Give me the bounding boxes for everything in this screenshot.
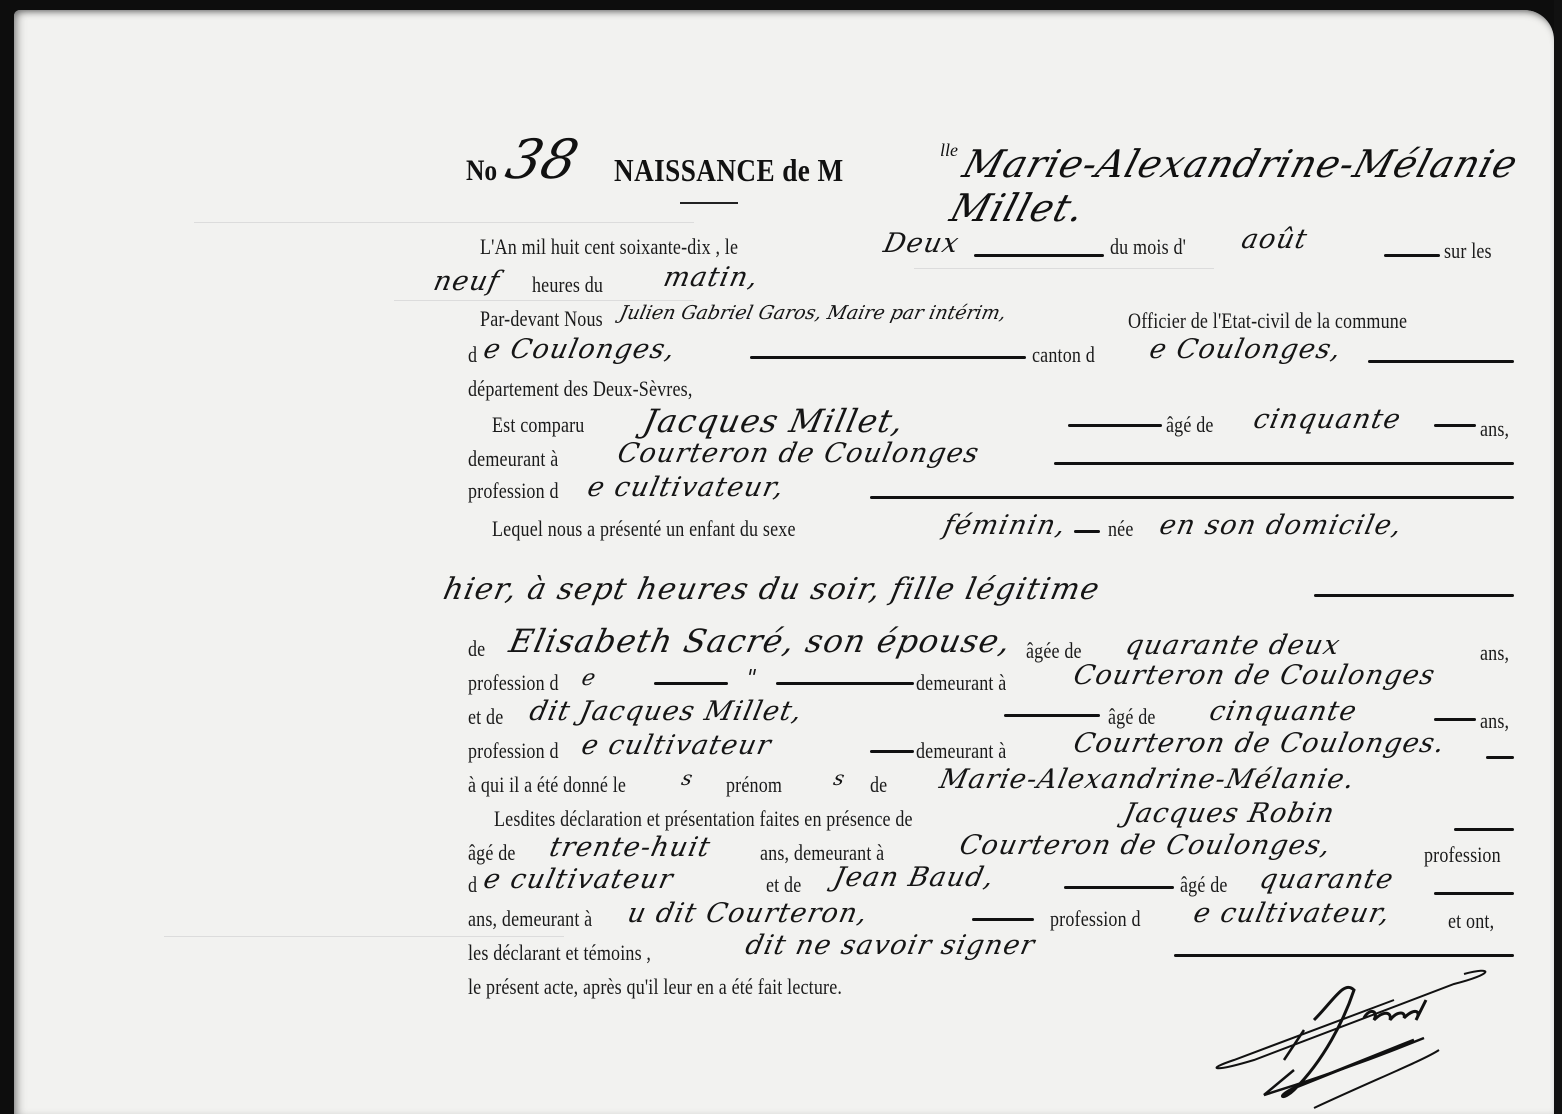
handwritten-witness-1-profession: e cultivateur <box>481 864 677 895</box>
fill-rule <box>1384 254 1440 257</box>
handwritten-plural-s: s <box>679 766 696 790</box>
fill-rule <box>1054 462 1514 465</box>
printed-text: heures du <box>532 272 603 298</box>
scan-border <box>1554 0 1562 1114</box>
handwritten-witness-2-profession: e cultivateur, <box>1191 898 1394 929</box>
printed-text: demeurant à <box>916 738 1006 764</box>
handwritten-officer: Julien Gabriel Garos, Maire par intérim, <box>618 302 1009 324</box>
handwritten-father-residence: Courteron de Coulonges. <box>1071 728 1448 759</box>
handwritten-witness-1: Jacques Robin <box>1121 798 1338 829</box>
printed-text: du mois d' <box>1110 234 1186 260</box>
printed-text: demeurant à <box>916 670 1006 696</box>
handwritten-mother-residence: Courteron de Coulonges <box>1071 660 1439 691</box>
handwritten-birth-time: hier, à sept heures du soir, fille légit… <box>440 572 1103 607</box>
handwritten-age: cinquante <box>1251 404 1405 435</box>
fill-rule <box>1454 828 1514 831</box>
fill-rule <box>1434 718 1476 721</box>
printed-text: ans, <box>1480 708 1509 734</box>
handwritten-sex: féminin, <box>941 510 1069 541</box>
printed-text: de <box>870 772 887 798</box>
fill-rule <box>1174 954 1514 957</box>
handwritten-mother: Elisabeth Sacré, son épouse, <box>506 622 1015 660</box>
printed-text: à qui il a été donné le <box>468 772 626 798</box>
printed-text: profession d <box>468 670 559 696</box>
printed-text: L'An mil huit cent soixante-dix , le <box>480 234 738 260</box>
printed-text: ans, <box>1480 416 1509 442</box>
handwritten-given-names: Marie-Alexandrine-Mélanie. <box>937 764 1358 795</box>
fill-rule <box>750 356 1026 359</box>
fill-rule <box>1074 530 1100 533</box>
handwritten-hour: neuf <box>431 266 503 297</box>
fill-rule <box>1434 892 1514 895</box>
handwritten-commune: e Coulonges, <box>481 334 679 365</box>
handwritten-witness-2: Jean Baud, <box>831 862 998 893</box>
printed-text: Lesdites déclaration et présentation fai… <box>494 806 913 832</box>
handwritten-mother-age: quarante deux <box>1123 630 1344 661</box>
printed-text: Par-devant Nous <box>480 306 603 332</box>
officer-signature-icon <box>1194 960 1524 1110</box>
printed-text: profession d <box>1050 906 1141 932</box>
bleed-through-line <box>164 936 564 937</box>
record-number-label: No <box>466 154 497 188</box>
printed-text: profession d <box>468 478 559 504</box>
fill-rule <box>870 750 914 753</box>
fill-rule <box>974 254 1104 257</box>
fill-rule <box>1004 714 1100 717</box>
handwritten-witness-1-residence: Courteron de Coulonges, <box>957 830 1334 861</box>
printed-text: Est comparu <box>492 412 584 438</box>
handwritten-witness-1-age: trente-huit <box>547 832 714 863</box>
printed-text: âgé de <box>1166 412 1214 438</box>
handwritten-signature-note: dit ne savoir signer <box>743 930 1039 961</box>
printed-text: les déclarant et témoins , <box>468 940 651 966</box>
handwritten-father-age: cinquante <box>1207 696 1361 727</box>
handwritten-witness-2-residence: u dit Courteron, <box>625 898 871 929</box>
handwritten-residence: Courteron de Coulonges <box>615 438 983 469</box>
title-superscript: lle <box>940 140 958 161</box>
fill-rule <box>1486 756 1514 759</box>
subject-name: Marie-Alexandrine-Mélanie Millet. <box>945 142 1562 230</box>
printed-text: âgé de <box>468 840 516 866</box>
handwritten-time-of-day: matin, <box>661 262 762 293</box>
printed-text: profession <box>1424 842 1501 868</box>
fill-rule <box>776 682 914 685</box>
printed-text: département des Deux-Sèvres, <box>468 376 693 402</box>
handwritten-father-profession: e cultivateur <box>579 730 775 761</box>
handwritten-birthplace: en son domicile, <box>1157 510 1406 541</box>
handwritten-profession: e cultivateur, <box>585 472 788 503</box>
printed-text: et de <box>766 872 801 898</box>
printed-text: ans, <box>1480 640 1509 666</box>
printed-text: née <box>1108 516 1134 542</box>
printed-text: demeurant à <box>468 446 558 472</box>
bleed-through-line <box>394 300 694 301</box>
printed-text: Lequel nous a présenté un enfant du sexe <box>492 516 796 542</box>
fill-rule <box>1068 424 1162 427</box>
printed-text: âgé de <box>1108 704 1156 730</box>
printed-text: le présent acte, après qu'il leur en a é… <box>468 974 842 1000</box>
printed-text: profession d <box>468 738 559 764</box>
printed-text: de <box>468 636 485 662</box>
handwritten-month: août <box>1239 224 1311 255</box>
fill-rule <box>654 682 728 685</box>
record-title: NAISSANCE de M <box>614 152 844 189</box>
handwritten-ditto: " <box>743 666 760 691</box>
handwritten-canton: e Coulonges, <box>1147 334 1345 365</box>
printed-text: sur les <box>1444 238 1492 264</box>
printed-text: et de <box>468 704 503 730</box>
fill-rule <box>972 918 1034 921</box>
handwritten-witness-2-age: quarante <box>1257 864 1397 895</box>
printed-text: d <box>468 872 477 898</box>
printed-text: ans, demeurant à <box>468 906 592 932</box>
bleed-through-line <box>194 222 694 223</box>
fill-rule <box>870 496 1514 499</box>
printed-text: et ont, <box>1448 908 1494 934</box>
title-underline <box>680 202 738 204</box>
handwritten-day: Deux <box>881 228 963 259</box>
fill-rule <box>1314 594 1514 597</box>
handwritten-father: dit Jacques Millet, <box>527 696 806 727</box>
handwritten-plural-s: s <box>831 766 848 790</box>
printed-text: prénom <box>726 772 782 798</box>
printed-text: Officier de l'Etat-civil de la commune <box>1128 308 1407 334</box>
printed-text: âgé de <box>1180 872 1228 898</box>
handwritten-text: e <box>579 666 599 691</box>
scanned-register-page: No 38 NAISSANCE de M lle Marie-Alexandri… <box>14 10 1554 1114</box>
handwritten-declarant: Jacques Millet, <box>640 402 908 440</box>
record-number: 38 <box>500 128 584 191</box>
printed-text: d <box>468 342 477 368</box>
fill-rule <box>1064 886 1174 889</box>
fill-rule <box>1368 360 1514 363</box>
printed-text: âgée de <box>1026 638 1082 664</box>
fill-rule <box>1434 424 1476 427</box>
bleed-through-line <box>914 268 1214 269</box>
printed-text: canton d <box>1032 342 1095 368</box>
